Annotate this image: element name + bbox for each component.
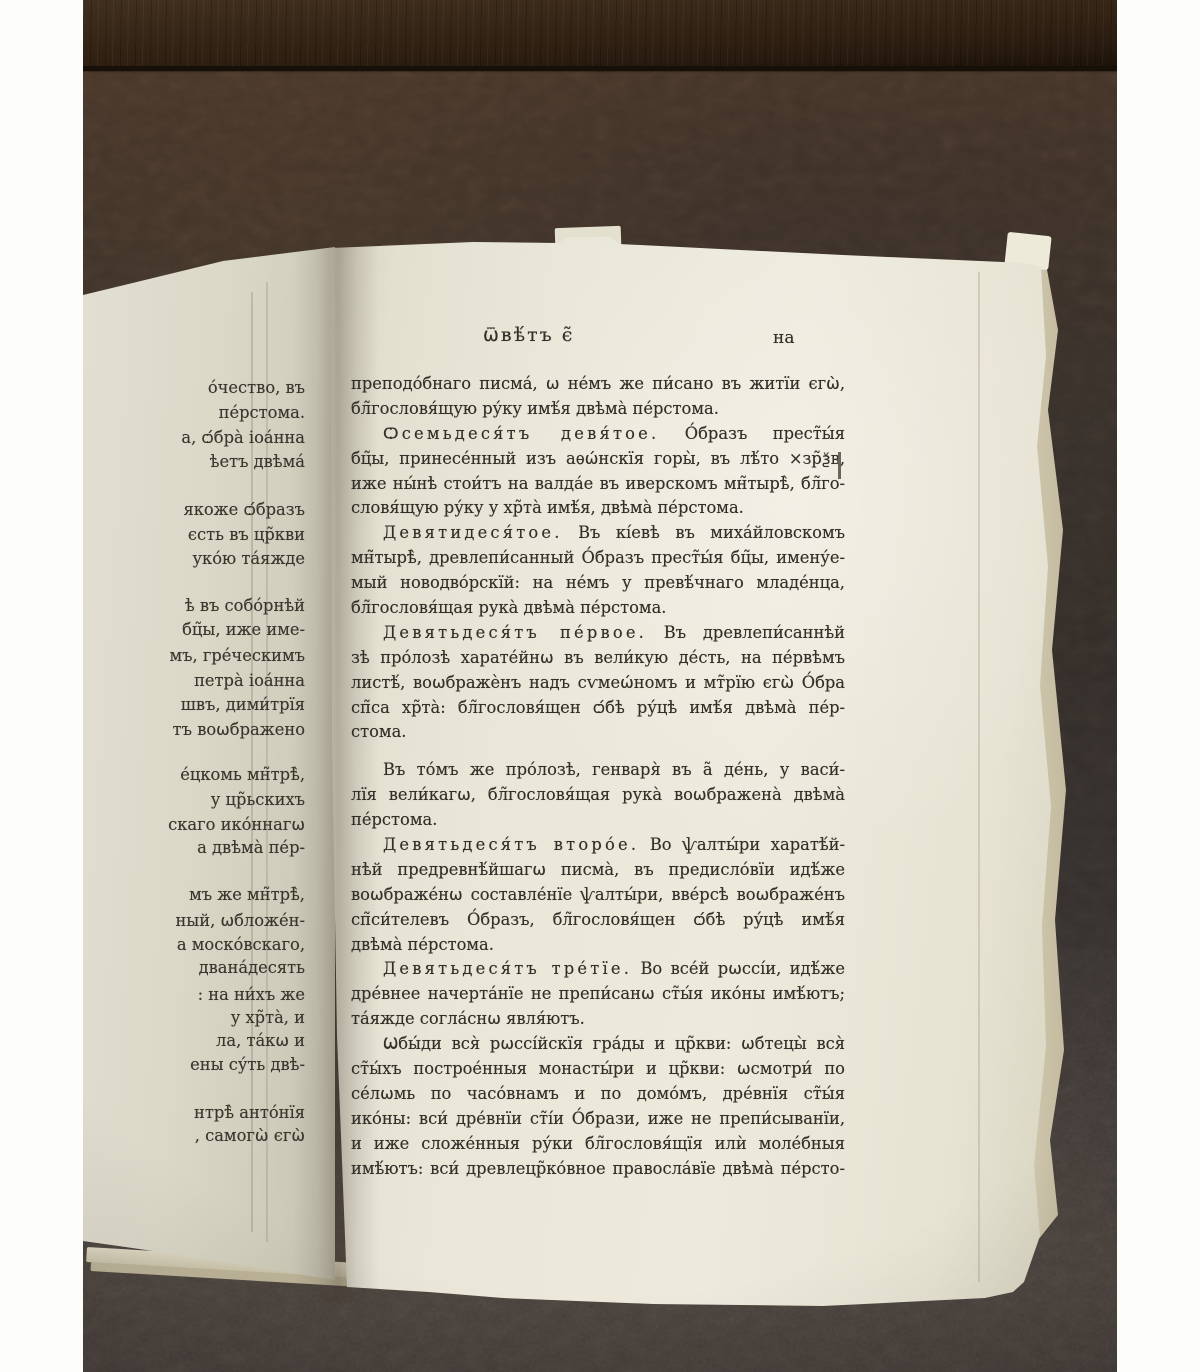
page-header-marker: на — [773, 328, 794, 348]
text-line: мн̃тырѣ̀, древлепи́санный О́бразъ прест̃… — [351, 546, 845, 571]
text-line: якоже ѻ́бразъ — [183, 499, 305, 521]
text-line: пе́рстома. — [351, 808, 845, 833]
text-line: иже ны́нѣ стои́тъ на валда́е въ иверском… — [351, 472, 845, 497]
text-line: нтрѣ̀ анто́нїя — [194, 1102, 305, 1124]
text-line: а, ѻ́бра̀ іоа́нна — [181, 427, 305, 449]
text-line: а моско́вскаго, — [177, 934, 305, 956]
text-line: бл̃гословя́щую ру́ку имѣ́я двѣма̀ пе́рст… — [351, 397, 845, 422]
line-rest: О́бразъ прест̃ы́я — [659, 424, 845, 443]
text-line: е́цкомь мн̃трѣ̀, — [180, 764, 305, 786]
text-line: ены су́ть двѣ- — [190, 1054, 305, 1076]
text-line: нѣй предревнѣ́йшагѡ писма̀, въ предисло́… — [351, 858, 845, 883]
spaced-ordinal: Девятьдеся́тъ тре́тїе. — [383, 959, 632, 978]
line-rest: Въ кі́евѣ въ миха́йловскомъ — [563, 523, 845, 542]
text-line: Въ то́мъ же про́лозѣ, генваря̀ въ а̃ де́… — [351, 758, 845, 783]
text-line: ла, та́кѡ и — [216, 1030, 305, 1052]
spaced-ordinal: Девятидеся́тое. — [383, 523, 563, 542]
text-line: у цр̃ьскихъ — [211, 789, 305, 811]
text-line: лїя вели́кагѡ, бл̃гословя́щая рука̀ воѡб… — [351, 783, 845, 808]
text-line: а двѣма̀ пе́р- — [197, 837, 305, 859]
text-line: мъ же мн̃трѣ̀, — [189, 884, 305, 906]
spaced-ordinal: Девятьдеся́тъ второ́е. — [383, 835, 639, 854]
paragraph: Ѻсемьдеся́тъ девя́тое. О́бразъ прест̃ы́я… — [351, 422, 845, 522]
spaced-ordinal: Девятьдеся́тъ пе́рвое. — [383, 623, 647, 642]
right-page-body: преподо́бнаго писма́, ѡ не́мъ же пи́сано… — [345, 372, 845, 1182]
text-line: Ѡбы́ди вся̀ рѡссі́йскїя гра́ды и цр̃кви:… — [351, 1032, 845, 1057]
paragraph: Девятьдеся́тъ тре́тїе. Во все́й рѡссі́и,… — [351, 957, 845, 1032]
text-line: воѡбраже́нѡ составле́нїе ѱалты́ри, вве́р… — [351, 883, 845, 908]
paragraph: преподо́бнаго писма́, ѡ не́мъ же пи́сано… — [351, 372, 845, 422]
paragraph: Девятидеся́тое. Въ кі́евѣ въ миха́йловск… — [351, 521, 845, 621]
text-line: Девятьдеся́тъ пе́рвое. Въ древлепи́саннѣ… — [351, 621, 845, 646]
photo-of-old-book: о́чество, въпе́рстома.а, ѻ́бра̀ іоа́ннаѣ… — [0, 0, 1200, 1372]
text-line: ѣ въ собо́рнѣй — [185, 595, 305, 617]
text-line: Девятьдеся́тъ второ́е. Во ѱалты́ри харат… — [351, 833, 845, 858]
text-line: ико́ны: вси́ дре́внїи ст̃і́и О́брази, иж… — [351, 1107, 845, 1132]
wood-leather-seam — [83, 66, 1117, 71]
text-line: се́лѡмь по часо́внамъ и по домо́мъ, дре́… — [351, 1082, 845, 1107]
text-line: о́чество, въ — [208, 377, 305, 399]
book-photo: о́чество, въпе́рстома.а, ѻ́бра̀ іоа́ннаѣ… — [83, 0, 1117, 1372]
text-line: сп̃си́телевъ О́бразъ, бл̃гословя́щен ѻ́б… — [351, 908, 845, 933]
text-line: тъ воѡбражено — [173, 719, 305, 741]
paragraph: Девятьдеся́тъ пе́рвое. Въ древлепи́саннѣ… — [351, 621, 845, 745]
text-line: петра̀ іоа́нна — [194, 670, 305, 692]
paragraph: Девятьдеся́тъ второ́е. Во ѱалты́ри харат… — [351, 833, 845, 957]
text-line: зѣ про́лозѣ харате́йнѡ въ вели́кую де́ст… — [351, 646, 845, 671]
text-line: и иже сложе́нныя ру́ки бл̃гословя́щїя ил… — [351, 1132, 845, 1157]
paragraph: Ѡбы́ди вся̀ рѡссі́йскїя гра́ды и цр̃кви:… — [351, 1032, 845, 1181]
text-line: бл̃гословя́щая рука̀ двѣма̀ пе́рстома. — [351, 596, 845, 621]
text-line: словя́щую ру́ку у хр̃та̀ имѣ́я, двѣма̀ п… — [351, 496, 845, 521]
text-line: та́яжде согла́снѡ явля́ютъ. — [351, 1007, 845, 1032]
text-line: ст̃ы́хъ построе́нныя монасты́ри и цр̃кви… — [351, 1057, 845, 1082]
text-line: пе́рстома. — [219, 402, 305, 424]
paragraph: Въ то́мъ же про́лозѣ, генваря̀ въ а̃ де́… — [351, 758, 845, 833]
text-line: преподо́бнаго писма́, ѡ не́мъ же пи́сано… — [351, 372, 845, 397]
text-line: уко́ю та́яжде — [192, 548, 305, 570]
text-line: ный, ѡбложе́н- — [175, 910, 305, 932]
wooden-shelf-edge — [83, 0, 1117, 68]
page-header: ѿвѣ́тъ є̃ на — [345, 318, 845, 372]
text-line: скаго ико́ннагѡ — [168, 814, 305, 836]
line-rest: Во ѱалты́ри харатѣ́й- — [639, 835, 845, 854]
text-line: єсть въ цр̃кви — [188, 524, 305, 546]
page-header-title: ѿвѣ́тъ є̃ — [483, 324, 574, 346]
text-line: стома. — [351, 720, 845, 745]
ink-mark — [838, 452, 841, 479]
text-line: бц̃ы, иже име- — [182, 619, 305, 641]
text-line: двѣма̀ пе́рстома. — [351, 933, 845, 958]
right-page-text: ѿвѣ́тъ є̃ на преподо́бнаго писма́, ѡ не́… — [345, 318, 845, 1182]
text-line: имѣ́ютъ: вси́ древлецр̃ко́вное правосла́… — [351, 1157, 845, 1182]
text-line: бц̃ы, принесе́нный изъ аѳѡ́нскїя горы̀, … — [351, 447, 845, 472]
text-line: дре́внее начерта́нїе не препи́санѡ ст̃ы́… — [351, 982, 845, 1007]
text-line: мый новодво́рскїй: на не́мъ у превѣ́чнаг… — [351, 571, 845, 596]
text-line: у хр̃та̀, и — [231, 1007, 305, 1029]
text-line: листѣ́, воѡбражѐнъ надъ сѵмеѡ́номъ и мт̃… — [351, 671, 845, 696]
text-line: Ѻсемьдеся́тъ девя́тое. О́бразъ прест̃ы́я — [351, 422, 845, 447]
text-line: : на ни́хъ же — [198, 984, 305, 1006]
text-line: Девятьдеся́тъ тре́тїе. Во все́й рѡссі́и,… — [351, 957, 845, 982]
text-line: сп̃са хр̃та̀: бл̃гословя́щен ѻ́бѣ ру́цѣ … — [351, 696, 845, 721]
text-line: мъ, гре́ческимъ — [169, 645, 305, 667]
text-line: , самогѡ̀ єгѡ̀ — [195, 1125, 305, 1147]
text-line: Девятидеся́тое. Въ кі́евѣ въ миха́йловск… — [351, 521, 845, 546]
text-line: швъ, дими́трїя — [181, 694, 305, 716]
text-line: ѣетъ двѣма́ — [210, 451, 305, 473]
line-rest: Во все́й рѡссі́и, идѣ́же — [632, 959, 845, 978]
text-line: двана́десять — [199, 957, 305, 979]
spaced-ordinal: Ѻсемьдеся́тъ девя́тое. — [383, 424, 659, 443]
